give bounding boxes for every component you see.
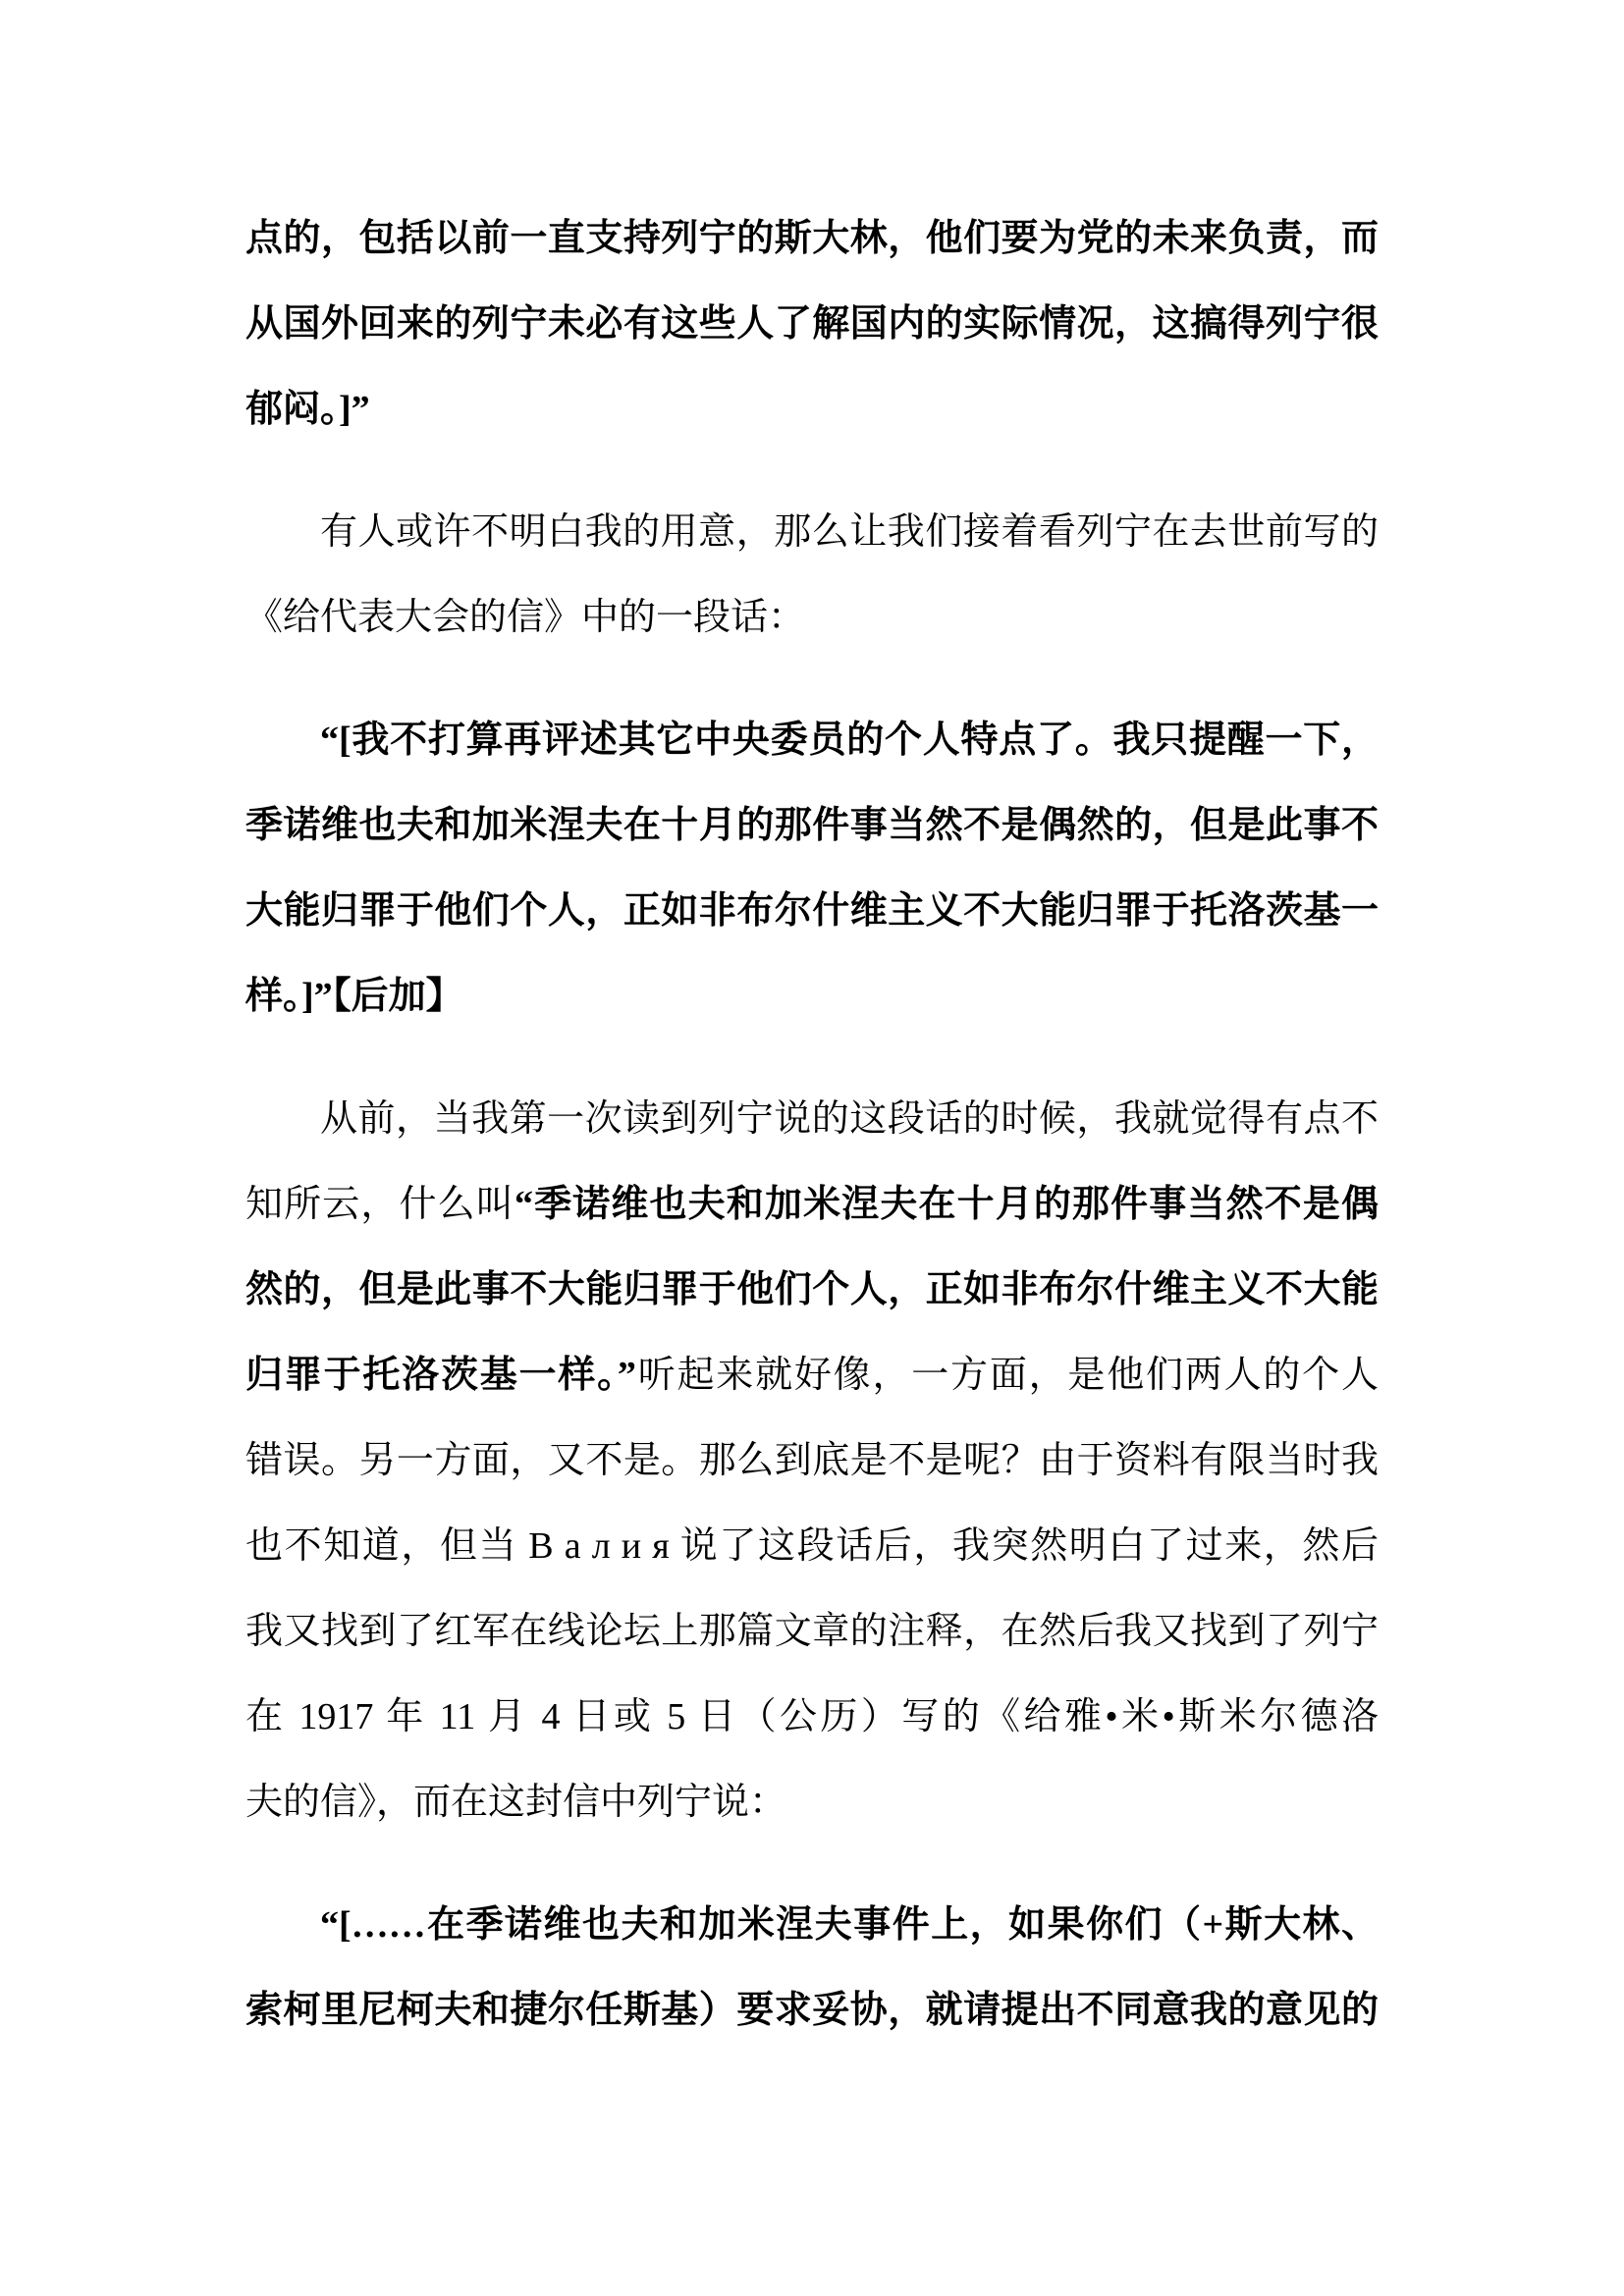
text-line: 索柯里尼柯夫和捷尔任斯基）要求妥协，就请提出不同意我的意见的	[245, 1968, 1379, 2054]
bold-text-run: 然的，但是此事不大能归罪于他们个人，正如非布尔什维主义不大能	[245, 1269, 1379, 1310]
text-line: 郁闷。]”	[245, 367, 1379, 453]
paragraph-quote-stalin-annotation: 点的，包括以前一直支持列宁的斯大林，他们要为党的未来负责，而从国外回来的列宁未必…	[245, 196, 1379, 453]
text-run: 我又找到了红军在线论坛上那篇文章的注释，在然后我又找到了列宁	[245, 1611, 1379, 1652]
document-page: 点的，包括以前一直支持列宁的斯大林，他们要为党的未来负责，而从国外回来的列宁未必…	[0, 0, 1624, 2296]
text-line: “[我不打算再评述其它中央委员的个人特点了。我只提醒一下，	[245, 698, 1379, 783]
paragraph-analysis: 从前，当我第一次读到列宁说的这段话的时候，我就觉得有点不知所云，什么叫“季诺维也…	[245, 1077, 1379, 1845]
bold-text-run: “[……在季诺维也夫和加米涅夫事件上，如果你们（+斯大林、	[320, 1904, 1379, 1946]
bold-text-run: 郁闷。]”	[245, 389, 370, 430]
bold-text-run: 大能归罪于他们个人，正如非布尔什维主义不大能归罪于托洛茨基一	[245, 890, 1379, 932]
text-run: 错误。另一方面，又不是。那么到底是不是呢？由于资料有限当时我	[245, 1440, 1379, 1481]
text-line: 《给代表大会的信》中的一段话：	[245, 575, 1379, 661]
text-line: 从前，当我第一次读到列宁说的这段话的时候，我就觉得有点不	[245, 1077, 1379, 1162]
text-line: 有人或许不明白我的用意，那么让我们接着看列宁在去世前写的	[245, 490, 1379, 575]
text-line: 从国外回来的列宁未必有这些人了解国内的实际情况，这搞得列宁很	[245, 282, 1379, 367]
document-body: 点的，包括以前一直支持列宁的斯大林，他们要为党的未来负责，而从国外回来的列宁未必…	[245, 196, 1379, 2091]
text-run: 也不知道，但当 В а л и я 说了这段话后，我突然明白了过来，然后	[245, 1525, 1379, 1567]
paragraph-quote-smilga-letter: “[……在季诺维也夫和加米涅夫事件上，如果你们（+斯大林、索柯里尼柯夫和捷尔任斯…	[245, 1883, 1379, 2054]
text-run: 有人或许不明白我的用意，那么让我们接着看列宁在去世前写的	[320, 511, 1379, 553]
bold-text-run: 点的，包括以前一直支持列宁的斯大林，他们要为党的未来负责，而	[245, 218, 1379, 259]
paragraph-intro-congress-letter: 有人或许不明白我的用意，那么让我们接着看列宁在去世前写的《给代表大会的信》中的一…	[245, 490, 1379, 661]
bold-text-run: 季诺维也夫和加米涅夫在十月的那件事当然不是偶然的，但是此事不	[245, 805, 1379, 846]
bold-text-run: 从国外回来的列宁未必有这些人了解国内的实际情况，这搞得列宁很	[245, 303, 1379, 345]
bold-text-run: “[我不打算再评述其它中央委员的个人特点了。我只提醒一下，	[320, 720, 1379, 761]
text-line: “[……在季诺维也夫和加米涅夫事件上，如果你们（+斯大林、	[245, 1883, 1379, 1968]
text-line: 季诺维也夫和加米涅夫在十月的那件事当然不是偶然的，但是此事不	[245, 783, 1379, 869]
bold-text-run: “季诺维也夫和加米涅夫在十月的那件事当然不是偶	[514, 1184, 1379, 1225]
text-line: 知所云，什么叫“季诺维也夫和加米涅夫在十月的那件事当然不是偶	[245, 1162, 1379, 1248]
text-line: 在 1917 年 11 月 4 日或 5 日（公历）写的《给雅•米•斯米尔德洛	[245, 1675, 1379, 1760]
text-line: 我又找到了红军在线论坛上那篇文章的注释，在然后我又找到了列宁	[245, 1589, 1379, 1675]
paragraph-quote-congress-letter: “[我不打算再评述其它中央委员的个人特点了。我只提醒一下，季诺维也夫和加米涅夫在…	[245, 698, 1379, 1040]
text-run: 知所云，什么叫	[245, 1184, 514, 1225]
text-run: 《给代表大会的信》中的一段话：	[245, 597, 805, 638]
text-run: 从前，当我第一次读到列宁说的这段话的时候，我就觉得有点不	[320, 1098, 1379, 1140]
text-line: 错误。另一方面，又不是。那么到底是不是呢？由于资料有限当时我	[245, 1418, 1379, 1504]
text-line: 也不知道，但当 В а л и я 说了这段话后，我突然明白了过来，然后	[245, 1504, 1379, 1589]
text-run: 夫的信》，而在这封信中列宁说：	[245, 1782, 786, 1823]
bold-text-run: 样。]”【后加】	[245, 976, 463, 1017]
text-line: 夫的信》，而在这封信中列宁说：	[245, 1760, 1379, 1845]
text-run: 听起来就好像，一方面，是他们两人的个人	[636, 1355, 1379, 1396]
text-run: 在 1917 年 11 月 4 日或 5 日（公历）写的《给雅•米•斯米尔德洛	[245, 1696, 1379, 1737]
text-line: 归罪于托洛茨基一样。”听起来就好像，一方面，是他们两人的个人	[245, 1333, 1379, 1418]
text-line: 然的，但是此事不大能归罪于他们个人，正如非布尔什维主义不大能	[245, 1248, 1379, 1333]
text-line: 点的，包括以前一直支持列宁的斯大林，他们要为党的未来负责，而	[245, 196, 1379, 282]
text-line: 大能归罪于他们个人，正如非布尔什维主义不大能归罪于托洛茨基一	[245, 869, 1379, 954]
bold-text-run: 索柯里尼柯夫和捷尔任斯基）要求妥协，就请提出不同意我的意见的	[245, 1990, 1379, 2031]
bold-text-run: 归罪于托洛茨基一样。”	[245, 1355, 636, 1396]
text-line: 样。]”【后加】	[245, 954, 1379, 1040]
